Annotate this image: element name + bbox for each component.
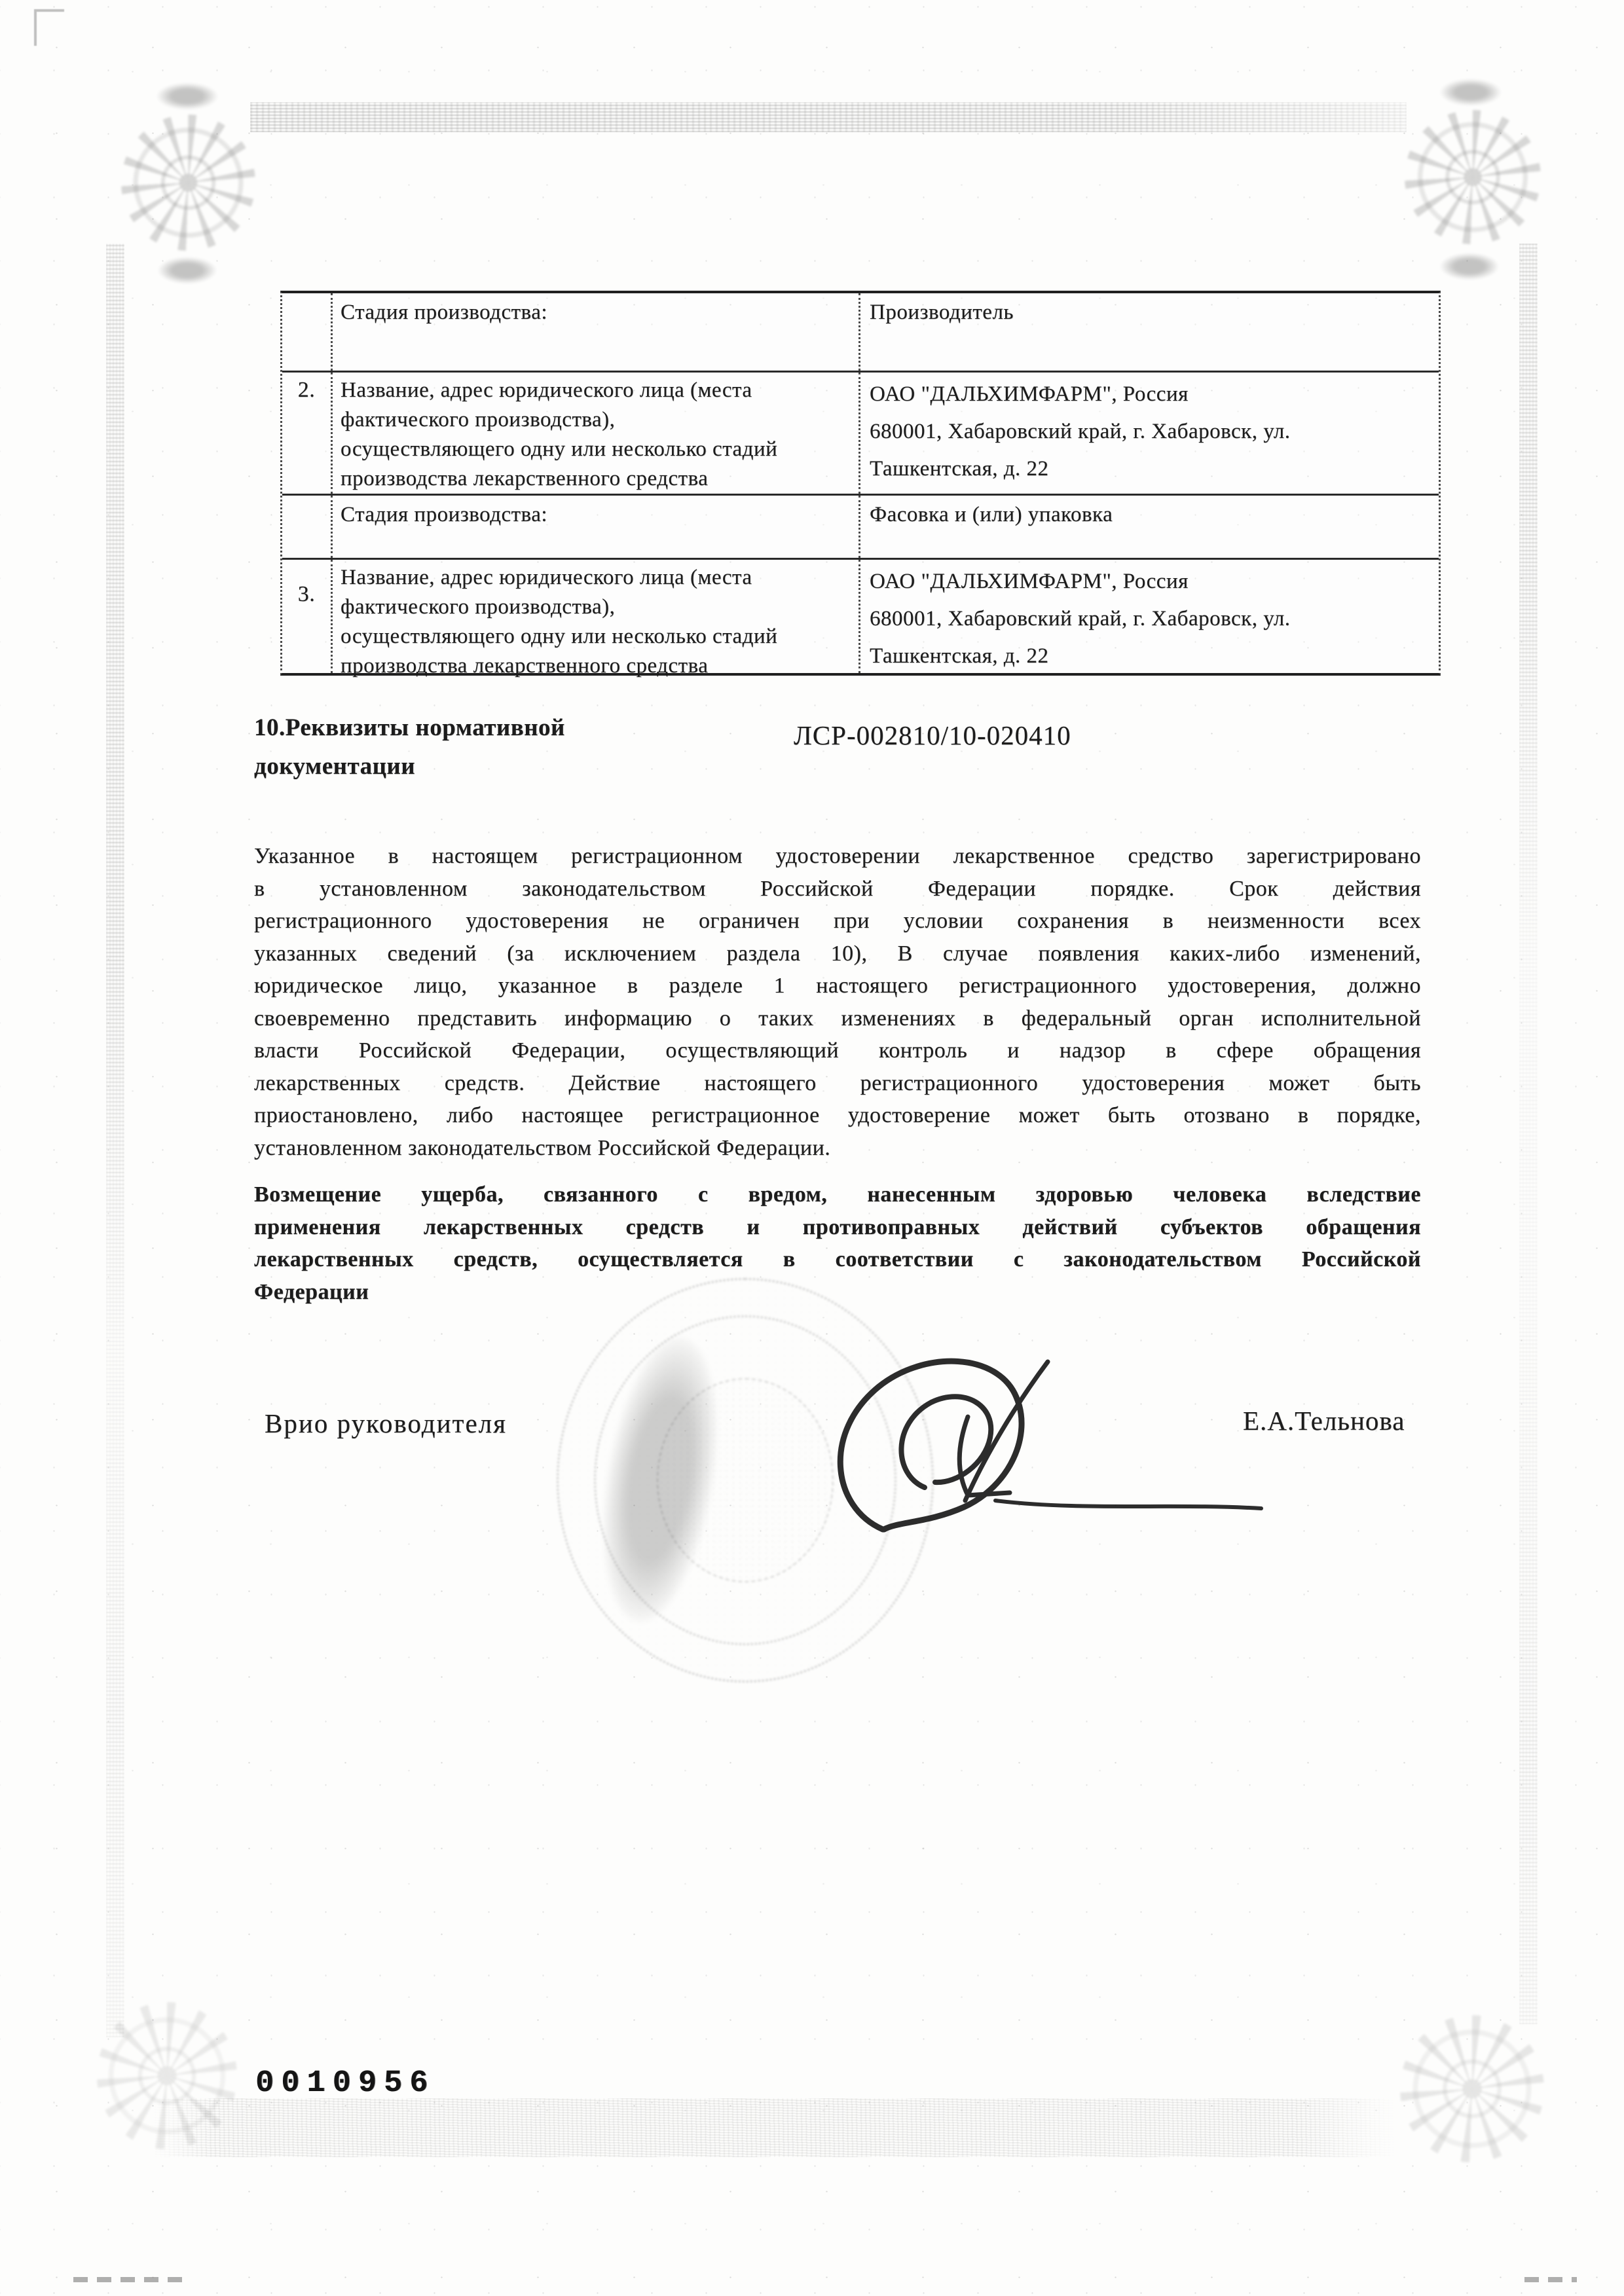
manufacturer-label-cell: Название, адрес юридического лица (места… [331,373,858,494]
border-ornament-right [1519,244,1538,2024]
stage-value: Производитель [870,297,1433,328]
paragraph-line: регистрационного удостоверения не ограни… [254,905,1421,938]
stage-value-cell: Фасовка и (или) упаковка [858,496,1439,558]
border-crown-ornament [1439,253,1500,280]
heading-line: 10.Реквизиты нормативной [254,708,647,747]
row-number-cell: 3. [282,560,331,673]
label-line: фактического производства), [341,405,853,435]
stage-label: Стадия производства: [341,499,853,530]
manufacturer-value-cell: ОАО "ДАЛЬХИМФАРМ", Россия 680001, Хабаро… [858,560,1439,673]
section-10-heading: 10.Реквизиты нормативной документации [254,708,647,786]
table-row: Стадия производства: Фасовка и (или) упа… [282,494,1439,558]
signatory-position-label: Врио руководителя [265,1408,507,1439]
stage-label-cell: Стадия производства: [331,496,858,558]
handwritten-signature [707,1336,1310,1552]
value-line: Ташкентская, д. 22 [870,450,1433,488]
border-ornament-top [250,102,1407,132]
corner-rosette-bottom-left [97,2002,237,2149]
label-line: производства лекарственного средства [341,651,853,681]
paragraph-line: лекарственных средств, осуществляется в … [254,1243,1421,1276]
paragraph-line: применения лекарственных средств и проти… [254,1211,1421,1244]
border-dash-bottom-right [1524,2277,1577,2282]
stage-value-cell: Производитель [858,293,1439,371]
value-line: 680001, Хабаровский край, г. Хабаровск, … [870,600,1433,638]
value-line: 680001, Хабаровский край, г. Хабаровск, … [870,413,1433,450]
registration-legal-paragraph: Указанное в настоящем регистрационном уд… [254,840,1421,1164]
row-number-cell: 2. [282,373,331,494]
scan-artifact-mark [34,9,64,46]
table-row: Стадия производства: Производитель [282,293,1439,371]
paragraph-line: в установленном законодательством Россий… [254,873,1421,905]
paragraph-line: приостановлено, либо настоящее регистрац… [254,1099,1421,1132]
row-number-cell [282,293,331,371]
border-crown-ornament [157,257,217,284]
manufacturer-value-cell: ОАО "ДАЛЬХИМФАРМ", Россия 680001, Хабаро… [858,373,1439,494]
row-number-cell [282,496,331,558]
manufacturer-label-cell: Название, адрес юридического лица (места… [331,560,858,673]
normative-doc-number: ЛСР-002810/10-020410 [794,720,1071,751]
paragraph-line: Возмещение ущерба, связанного с вредом, … [254,1178,1421,1211]
scan-smudge-band [151,2098,1398,2157]
corner-rosette-top-right [1405,110,1541,244]
border-dash-bottom-left [73,2277,188,2282]
label-line: осуществляющего одну или несколько стади… [341,435,853,464]
label-line: Название, адрес юридического лица (места [341,376,853,405]
border-crown-ornament [1439,79,1502,106]
border-crown-ornament [156,82,219,110]
value-line: Ташкентская, д. 22 [870,638,1433,675]
paragraph-line: власти Российской Федерации, осуществляю… [254,1034,1421,1067]
value-line: ОАО "ДАЛЬХИМФАРМ", Россия [870,376,1433,413]
table-row: 2. Название, адрес юридического лица (ме… [282,371,1439,494]
label-line: осуществляющего одну или несколько стади… [341,622,853,651]
liability-paragraph: Возмещение ущерба, связанного с вредом, … [254,1178,1421,1308]
paragraph-line: юридическое лицо, указанное в разделе 1 … [254,970,1421,1002]
paragraph-line: указанных сведений (за исключением разде… [254,938,1421,970]
label-line: производства лекарственного средства [341,464,853,494]
border-ornament-left [106,244,124,2037]
paragraph-line: Федерации [254,1276,1421,1309]
heading-line: документации [254,747,647,786]
stage-value: Фасовка и (или) упаковка [870,499,1433,530]
form-serial-number: 0010956 [255,2066,435,2101]
label-line: фактического производства), [341,592,853,622]
corner-rosette-bottom-right [1400,2015,1544,2162]
paragraph-line: лекарственных средств. Действие настояще… [254,1067,1421,1100]
paragraph-line: своевременно представить информацию о та… [254,1002,1421,1035]
production-stages-table: Стадия производства: Производитель 2. На… [280,291,1441,676]
document-page: Стадия производства: Производитель 2. На… [0,0,1624,2296]
label-line: Название, адрес юридического лица (места [341,563,853,592]
stage-label-cell: Стадия производства: [331,293,858,371]
table-row: 3. Название, адрес юридического лица (ме… [282,558,1439,673]
paragraph-line: установленном законодательством Российск… [254,1132,1421,1165]
corner-rosette-top-left [121,115,255,251]
stage-label: Стадия производства: [341,297,853,328]
value-line: ОАО "ДАЛЬХИМФАРМ", Россия [870,563,1433,600]
paragraph-line: Указанное в настоящем регистрационном уд… [254,840,1421,873]
